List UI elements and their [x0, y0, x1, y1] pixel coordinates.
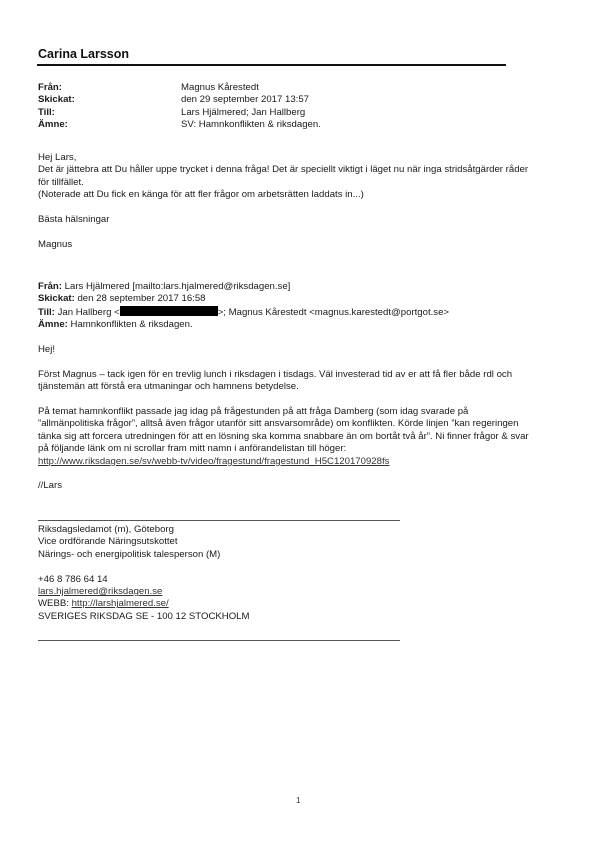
orig-line: Först Magnus – tack igen för en trevlig …	[38, 369, 558, 381]
orig-to-suffix: >; Magnus Kårestedt <magnus.karestedt@po…	[218, 307, 449, 318]
reply-signature: Magnus	[38, 239, 558, 251]
orig-from-label: Från:	[38, 281, 62, 292]
redaction-bar	[120, 306, 218, 316]
mailbox-owner: Carina Larsson	[38, 47, 129, 61]
header-subject-row: Ämne: SV: Hamnkonflikten & riksdagen.	[38, 119, 538, 131]
sig-address: SVERIGES RIKSDAG SE - 100 12 STOCKHOLM	[38, 611, 558, 623]
sig-phone: +46 8 786 64 14	[38, 574, 558, 586]
header-from-row: Från: Magnus Kårestedt	[38, 82, 538, 94]
orig-sent-label: Skickat:	[38, 293, 75, 304]
header-to-row: Till: Lars Hjälmered; Jan Hallberg	[38, 107, 538, 119]
original-header: Från: Lars Hjälmered [mailto:lars.hjalme…	[38, 281, 558, 493]
sig-title: Vice ordförande Näringsutskottet	[38, 536, 558, 548]
orig-signoff: //Lars	[38, 480, 558, 492]
sig-email-link[interactable]: lars.hjalmered@riksdagen.se	[38, 586, 162, 597]
reply-greeting: Hej Lars,	[38, 152, 558, 164]
subject-value: SV: Hamnkonflikten & riksdagen.	[181, 119, 321, 131]
signature-rule-top	[38, 520, 400, 521]
orig-greeting: Hej!	[38, 344, 558, 356]
sig-title: Riksdagsledamot (m), Göteborg	[38, 524, 558, 536]
from-value: Magnus Kårestedt	[181, 82, 259, 94]
reply-line: (Noterade att Du fick en känga för att f…	[38, 189, 558, 201]
orig-line: på följande länk om ni scrollar fram mit…	[38, 443, 558, 455]
sig-web-label: WEBB:	[38, 598, 72, 609]
orig-from-value: Lars Hjälmered [mailto:lars.hjalmered@ri…	[65, 281, 291, 292]
header-sent-row: Skickat: den 29 september 2017 13:57	[38, 94, 538, 106]
orig-line: På temat hamnkonflikt passade jag idag p…	[38, 406, 558, 418]
signature-block: Riksdagsledamot (m), Göteborg Vice ordfö…	[38, 524, 558, 623]
to-value: Lars Hjälmered; Jan Hallberg	[181, 107, 305, 119]
orig-line: tänka sig att forcera utredningen för at…	[38, 431, 558, 443]
sig-web-link[interactable]: http://larshjalmered.se/	[72, 598, 169, 609]
orig-sent-value: den 28 september 2017 16:58	[77, 293, 205, 304]
to-label: Till:	[38, 107, 55, 119]
from-label: Från:	[38, 82, 62, 94]
reply-line: Det är jättebra att Du håller uppe tryck…	[38, 164, 558, 176]
sent-value: den 29 september 2017 13:57	[181, 94, 309, 106]
header-rule	[37, 64, 506, 66]
orig-subject-value: Hamnkonflikten & riksdagen.	[71, 319, 193, 330]
document-page: Carina Larsson Från: Magnus Kårestedt Sk…	[0, 0, 595, 841]
subject-label: Ämne:	[38, 119, 68, 131]
reply-closing: Bästa hälsningar	[38, 214, 558, 226]
reply-body: Hej Lars, Det är jättebra att Du håller …	[38, 152, 558, 251]
reply-line: för tillfället.	[38, 177, 558, 189]
sig-title: Närings- och energipolitisk talesperson …	[38, 549, 558, 561]
orig-to-prefix: Jan Hallberg <	[58, 307, 120, 318]
orig-to-label: Till:	[38, 307, 55, 318]
orig-line: tjänstemän att förstå era utmaningar och…	[38, 381, 558, 393]
orig-line: ”allmänpolitiska frågor”, alltså även fr…	[38, 418, 558, 430]
signature-rule-bottom	[38, 640, 400, 641]
orig-subject-label: Ämne:	[38, 319, 68, 330]
riksdagen-video-link[interactable]: http://www.riksdagen.se/sv/webb-tv/video…	[38, 456, 389, 467]
page-number: 1	[296, 796, 300, 805]
sent-label: Skickat:	[38, 94, 75, 106]
